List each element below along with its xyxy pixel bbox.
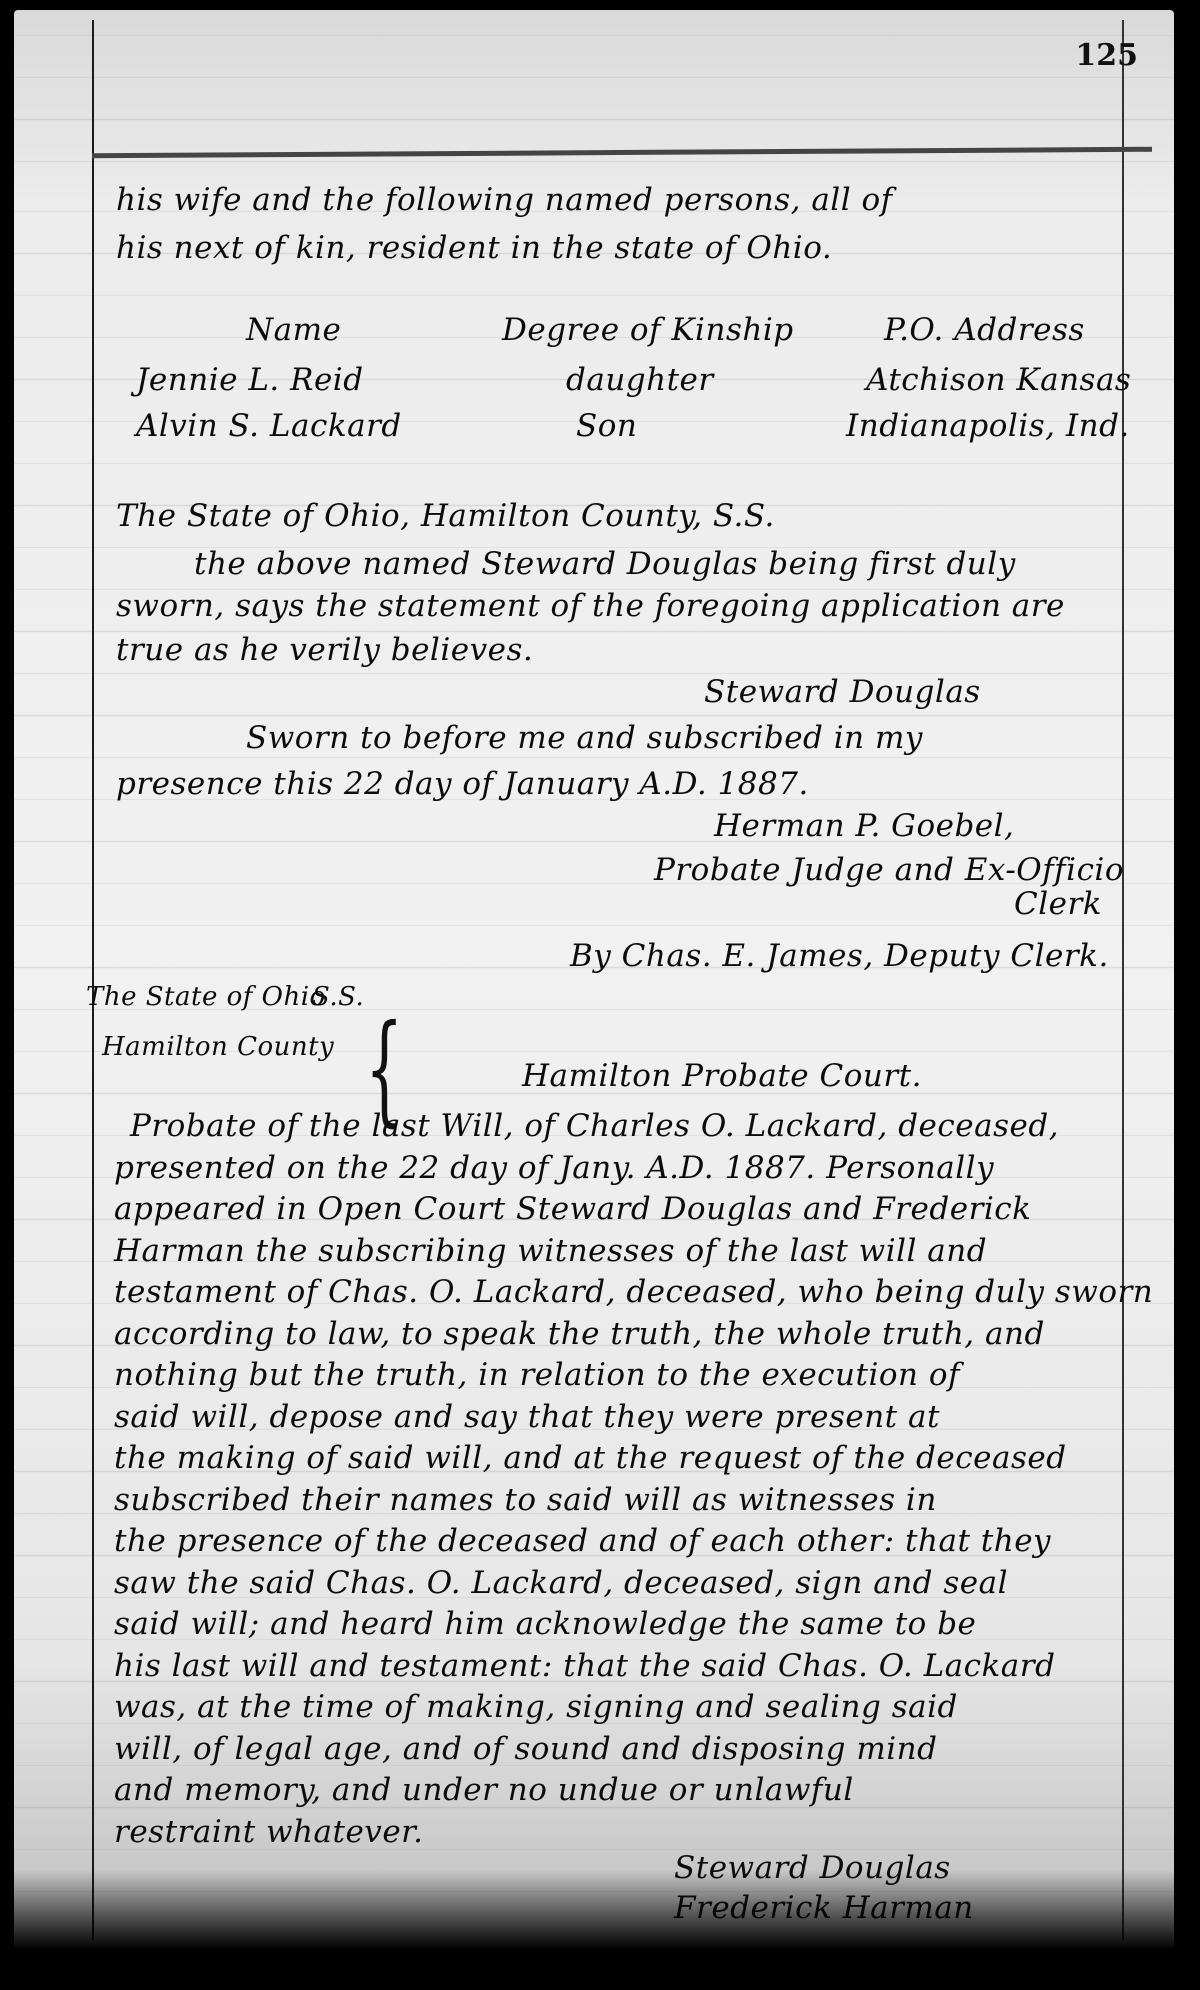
probate-line: and memory, and under no undue or unlawf… <box>114 1772 854 1808</box>
kin-row-address: Atchison Kansas <box>866 362 1131 398</box>
probate-line: subscribed their names to said will as w… <box>114 1482 937 1518</box>
left-margin-rule <box>92 20 94 1940</box>
probate-line: Harman the subscribing witnesses of the … <box>114 1233 987 1269</box>
probate-line: the making of said will, and at the requ… <box>114 1440 1067 1476</box>
oath-line: true as he verily believes. <box>116 632 533 668</box>
kin-row-degree: daughter <box>566 362 714 398</box>
kin-row-address: Indianapolis, Ind. <box>846 408 1130 444</box>
probate-line: said will, depose and say that they were… <box>114 1399 940 1435</box>
judge-name: Herman P. Goebel, <box>714 808 1014 844</box>
kin-header-address: P.O. Address <box>884 312 1085 348</box>
probate-venue-ss: S.S. <box>312 982 364 1012</box>
judge-title-clerk: Clerk <box>1014 886 1102 922</box>
probate-line: was, at the time of making, signing and … <box>114 1689 958 1725</box>
probate-line: according to law, to speak the truth, th… <box>114 1316 1045 1352</box>
oath-venue: The State of Ohio, Hamilton County, S.S. <box>116 498 775 534</box>
probate-court: Hamilton Probate Court. <box>522 1058 922 1094</box>
jurat-line: presence this 22 day of January A.D. 188… <box>116 766 809 802</box>
probate-line: his last will and testament: that the sa… <box>114 1648 1055 1684</box>
probate-line: presented on the 22 day of Jany. A.D. 18… <box>114 1150 994 1186</box>
intro-line: his wife and the following named persons… <box>116 182 893 218</box>
kin-header-name: Name <box>246 312 341 348</box>
probate-venue-state: The State of Ohio <box>86 982 326 1012</box>
probate-line: said will; and heard him acknowledge the… <box>114 1606 976 1642</box>
probate-line: Probate of the last Will, of Charles O. … <box>130 1108 1059 1144</box>
kin-row-degree: Son <box>576 408 637 444</box>
judge-title: Probate Judge and Ex-Officio <box>654 852 1124 888</box>
probate-line: the presence of the deceased and of each… <box>114 1523 1051 1559</box>
kin-row-name: Alvin S. Lackard <box>136 408 402 444</box>
probate-line: appeared in Open Court Steward Douglas a… <box>114 1191 1031 1227</box>
probate-venue-county: Hamilton County <box>102 1032 334 1062</box>
probate-line: testament of Chas. O. Lackard, deceased,… <box>114 1274 1153 1310</box>
probate-line: saw the said Chas. O. Lackard, deceased,… <box>114 1565 1008 1601</box>
oath-line: sworn, says the statement of the foregoi… <box>116 588 1065 624</box>
page-shadow <box>14 1870 1174 1950</box>
kin-header-degree: Degree of Kinship <box>502 312 794 348</box>
ledger-page: 125 his wife and the following named per… <box>14 10 1174 1950</box>
page-number: 125 <box>1075 38 1138 73</box>
intro-line: his next of kin, resident in the state o… <box>116 230 832 266</box>
right-margin-rule <box>1122 20 1124 1940</box>
probate-line: will, of legal age, and of sound and dis… <box>114 1731 937 1767</box>
probate-line: nothing but the truth, in relation to th… <box>114 1357 960 1393</box>
jurat-line: Sworn to before me and subscribed in my <box>246 720 923 756</box>
probate-line: restraint whatever. <box>114 1814 423 1850</box>
kin-row-name: Jennie L. Reid <box>136 362 364 398</box>
deputy-clerk: By Chas. E. James, Deputy Clerk. <box>570 938 1109 974</box>
oath-signature: Steward Douglas <box>704 674 981 710</box>
oath-line: the above named Steward Douglas being fi… <box>194 546 1016 582</box>
